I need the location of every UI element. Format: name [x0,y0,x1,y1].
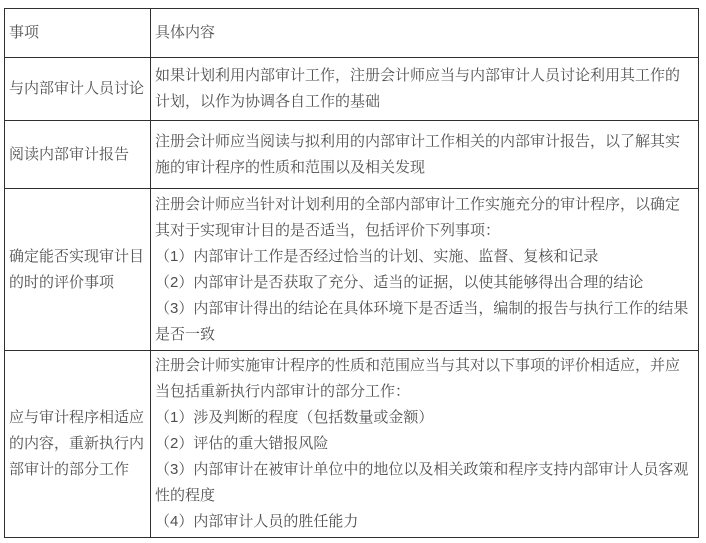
row-content-cell: 注册会计师实施审计程序的性质和范围应当与其对以下事项的评价相适应，并应当包括重新… [151,351,699,538]
table-row: 与内部审计人员讨论 如果计划利用内部审计工作，注册会计师应当与内部审计人员讨论利… [5,58,699,121]
content-paragraph: （2）内部审计是否获取了充分、适当的证据，以使其能够得出合理的结论 [155,270,694,296]
content-paragraph: 注册会计师应当针对计划利用的全部内部审计工作实施充分的审计程序，以确定其对于实现… [155,192,694,244]
table-row: 确定能否实现审计目的时的评价事项 注册会计师应当针对计划利用的全部内部审计工作实… [5,189,699,351]
table-row: 阅读内部审计报告 注册会计师应当阅读与拟利用的内部审计工作相关的内部审计报告，以… [5,121,699,189]
column-header-item: 事项 [5,9,151,58]
column-header-content: 具体内容 [151,9,699,58]
content-paragraph: （2）评估的重大错报风险 [155,431,694,457]
content-paragraph: 如果计划利用内部审计工作，注册会计师应当与内部审计人员讨论利用其工作的计划，以作… [155,63,694,115]
content-paragraph: （1）内部审计工作是否经过恰当的计划、实施、监督、复核和记录 [155,244,694,270]
row-item-cell: 与内部审计人员讨论 [5,58,151,121]
content-paragraph: （4）内部审计人员的胜任能力 [155,509,694,535]
content-paragraph: （1）涉及判断的程度（包括数量或金额） [155,405,694,431]
row-content-cell: 如果计划利用内部审计工作，注册会计师应当与内部审计人员讨论利用其工作的计划，以作… [151,58,699,121]
row-content-cell: 注册会计师应当针对计划利用的全部内部审计工作实施充分的审计程序，以确定其对于实现… [151,189,699,351]
content-paragraph: （3）内部审计得出的结论在具体环境下是否适当，编制的报告与执行工作的结果是否一致 [155,296,694,348]
row-item-cell: 应与审计程序相适应的内容，重新执行内部审计的部分工作 [5,351,151,538]
content-paragraph: （3）内部审计在被审计单位中的地位以及相关政策和程序支持内部审计人员客观性的程度 [155,457,694,509]
table-row: 应与审计程序相适应的内容，重新执行内部审计的部分工作 注册会计师实施审计程序的性… [5,351,699,538]
document-page: 事项 具体内容 与内部审计人员讨论 如果计划利用内部审计工作，注册会计师应当与内… [0,0,706,543]
table-header-row: 事项 具体内容 [5,9,699,58]
row-item-cell: 阅读内部审计报告 [5,121,151,189]
row-content-cell: 注册会计师应当阅读与拟利用的内部审计工作相关的内部审计报告，以了解其实施的审计程… [151,121,699,189]
internal-audit-table: 事项 具体内容 与内部审计人员讨论 如果计划利用内部审计工作，注册会计师应当与内… [4,8,699,538]
content-paragraph: 注册会计师应当阅读与拟利用的内部审计工作相关的内部审计报告，以了解其实施的审计程… [155,129,694,181]
content-paragraph: 注册会计师实施审计程序的性质和范围应当与其对以下事项的评价相适应，并应当包括重新… [155,353,694,405]
row-item-cell: 确定能否实现审计目的时的评价事项 [5,189,151,351]
